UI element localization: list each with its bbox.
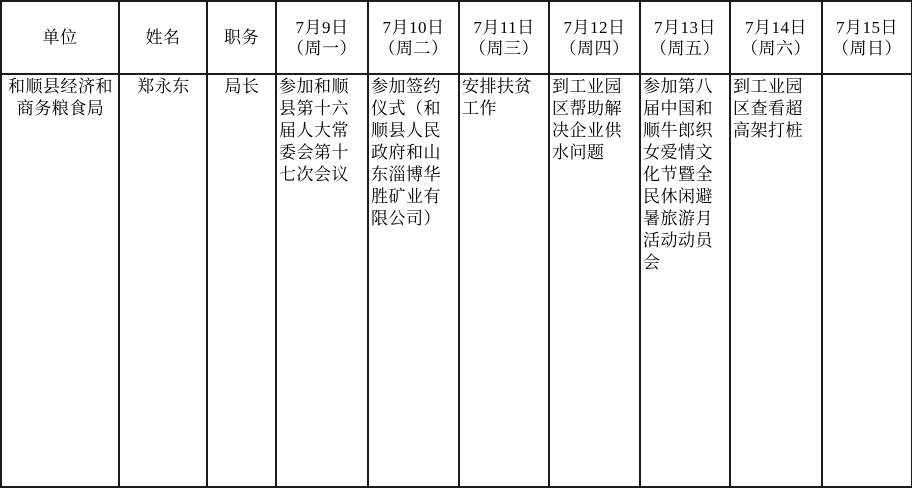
cell-name: 郑永东	[119, 74, 207, 487]
cell-schedule-jul12: 到工业园 区帮助解 决企业供 水问题	[549, 74, 640, 487]
cell-schedule-jul13: 参加第八 届中国和 顺牛郎织 女爱情文 化节暨全 民休闲避 暑旅游月 活动动员 …	[640, 74, 730, 487]
header-row: 单位 姓名 职务 7月9日 （周一） 7月10日 （周二） 7月11日 （周三）…	[1, 1, 912, 74]
col-header-title: 职务	[207, 1, 276, 74]
cell-schedule-jul14: 到工业园 区查看超 高架打桩	[730, 74, 822, 487]
col-header-name: 姓名	[119, 1, 207, 74]
col-header-jul9: 7月9日 （周一）	[276, 1, 368, 74]
table-header: 单位 姓名 职务 7月9日 （周一） 7月10日 （周二） 7月11日 （周三）…	[1, 1, 912, 74]
weekly-schedule-table: 单位 姓名 职务 7月9日 （周一） 7月10日 （周二） 7月11日 （周三）…	[0, 0, 912, 488]
col-header-jul13: 7月13日 （周五）	[640, 1, 730, 74]
cell-schedule-jul9: 参加和顺 县第十六 届人大常 委会第十 七次会议	[276, 74, 368, 487]
cell-schedule-jul15	[822, 74, 912, 487]
cell-schedule-jul11: 安排扶贫 工作	[459, 74, 549, 487]
cell-title: 局长	[207, 74, 276, 487]
cell-unit: 和顺县经济和 商务粮食局	[1, 74, 119, 487]
col-header-jul15: 7月15日 （周日）	[822, 1, 912, 74]
col-header-jul14: 7月14日 （周六）	[730, 1, 822, 74]
table-body: 和顺县经济和 商务粮食局 郑永东 局长 参加和顺 县第十六 届人大常 委会第十 …	[1, 74, 912, 487]
col-header-jul11: 7月11日 （周三）	[459, 1, 549, 74]
col-header-jul10: 7月10日 （周二）	[368, 1, 459, 74]
col-header-jul12: 7月12日 （周四）	[549, 1, 640, 74]
col-header-unit: 单位	[1, 1, 119, 74]
cell-schedule-jul10: 参加签约 仪式（和 顺县人民 政府和山 东淄博华 胜矿业有 限公司）	[368, 74, 459, 487]
table-row: 和顺县经济和 商务粮食局 郑永东 局长 参加和顺 县第十六 届人大常 委会第十 …	[1, 74, 912, 487]
